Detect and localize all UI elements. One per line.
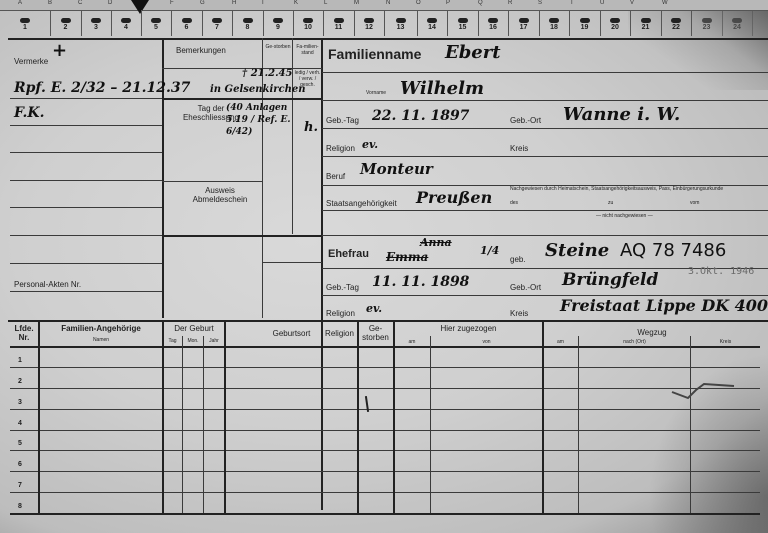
index-number-cell: 17 [508,10,540,36]
table-row-number: 8 [18,503,22,510]
geb-tag-value: 22. 11. 1897 [372,108,469,124]
zugezogen-am-header: am [394,339,430,345]
index-letter: G [200,0,205,6]
bemerkung-entry: in Gelsenkirchen [210,84,306,95]
ausweis-label: Ausweis Abmeldeschein [180,186,260,204]
staatsangehoerigkeit-value: Preußen [416,188,492,207]
geb-ort-value: Wanne i. W. [563,104,680,125]
date-stamp: 3.Okt. 1946 [688,266,754,277]
index-number-cell: 7 [202,10,233,36]
vermerke-entry: Rpf. E. 2/32 – 21.12.37 [14,80,190,96]
table-top-line [8,320,768,322]
index-letter: Q [478,0,483,6]
familienangehoerige-header: Familien-Angehörige [40,324,162,333]
index-letter: M [354,0,359,6]
zu-label: zu [608,200,613,206]
lfd-nr-header: Lfde. Nr. [10,324,38,342]
registration-card: A B C D F G H I K L M N O P Q R S T U V … [0,0,768,533]
bemerkung-entry: † 21.2.45 [242,68,292,79]
index-letter: B [48,0,52,6]
table-row-number: 6 [18,461,22,468]
geb-value: Steine [545,240,609,261]
vermerke-label: Vermerke [14,57,48,66]
index-letter: V [630,0,634,6]
geb-label: geb. [510,255,526,264]
ehefrau-value-struck: Anna [420,236,452,249]
index-letter: H [232,0,236,6]
gestorben-label: Ge-storben [264,44,292,50]
religion-label: Religion [326,144,355,153]
zugezogen-von-header: von [431,339,542,345]
punch-hole-icon [364,18,374,23]
index-number-cell: 16 [478,10,509,36]
ehefrau-geb-tag-value: 11. 11. 1898 [372,274,469,290]
index-letter: P [446,0,450,6]
index-number-cell: 21 [630,10,662,36]
index-number-cell: 19 [569,10,601,36]
index-number-cell: 22 [661,10,692,36]
table-header-line [10,346,760,348]
wegzug-kreis-header: Kreis [691,339,760,345]
table-row-number: 7 [18,482,22,489]
ehefrau-religion-label: Religion [326,309,355,318]
ehefrau-religion-value: ev. [366,302,382,315]
index-number-cell: 5 [141,10,172,36]
punch-hole-icon [610,18,620,23]
vom-label: vom [690,200,699,206]
index-number-cell: 9 [263,10,294,36]
beruf-label: Beruf [326,172,345,181]
ehefrau-geb-ort-label: Geb.-Ort [510,283,541,292]
ehefrau-kreis-value: Freistaat Lippe DK 400 [560,296,768,315]
index-letter: F [170,0,174,6]
index-number-cell: 13 [384,10,418,36]
punch-hole-icon [151,18,161,23]
vorname-label: Vorname [366,90,386,96]
index-letter: L [324,0,327,6]
punch-hole-icon [519,18,529,23]
index-number-cell: 14 [417,10,448,36]
religion-header: Religion [322,329,357,338]
punch-hole-icon [702,18,712,23]
namen-header: Namen [40,337,162,343]
ehefrau-mark: 1/4 [480,244,499,257]
punch-hole-icon [334,18,344,23]
index-number-cell: 15 [447,10,479,36]
des-label: des [510,200,518,206]
familienname-label: Familienname [328,46,421,62]
punch-hole-icon [273,18,283,23]
index-letter: U [600,0,604,6]
punch-hole-icon [61,18,71,23]
bemerkungen-label: Bemerkungen [176,46,226,55]
punch-hole-icon [641,18,651,23]
index-number-cell: 10 [293,10,324,36]
index-letter: K [294,0,298,6]
eheschliessung-entry: (40 Anlagen 5.19 / Ref. E. 6/42) [226,102,296,138]
punch-hole-icon [549,18,559,23]
vermerke-entry: F.K. [14,105,44,121]
id-number: AQ 78 7486 [620,240,726,261]
wegzug-am-header: am [543,339,578,345]
wegzug-header: Wegzug [544,328,760,337]
punch-hole-icon [396,18,406,23]
table-row-number: 5 [18,440,22,447]
index-letter: T [570,0,574,6]
ehefrau-geb-ort-value: Brüngfeld [562,270,658,290]
geb-tag-label: Geb.-Tag [326,116,359,125]
punch-hole-icon [91,18,101,23]
index-number-cell: 18 [539,10,570,36]
table-row-number: 3 [18,399,22,406]
ehefrau-label: Ehefrau [328,248,369,260]
index-letter: I [262,0,264,6]
cross-mark: + [52,40,67,61]
index-number-cell: 23 [691,10,723,36]
index-number-cell: 1 [0,10,51,36]
geb-ort-label: Geb.-Ort [510,116,541,125]
punch-hole-icon [427,18,437,23]
punch-hole-icon [243,18,253,23]
ehefrau-kreis-label: Kreis [510,309,528,318]
wegzug-nach-header: nach (Ort) [579,339,690,345]
grid-line [8,38,768,40]
tag-header: Tag [163,338,182,344]
index-number-cell: 6 [171,10,203,36]
religion-value: ev. [362,138,378,151]
index-letter: W [662,0,668,6]
table-row-number: 1 [18,357,22,364]
mon-header: Mon. [183,338,203,344]
grid-line [262,38,263,318]
personal-akten-label: Personal-Akten Nr. [14,280,81,289]
vorname-value: Wilhelm [400,78,484,99]
punch-hole-icon [671,18,681,23]
index-letter: S [538,0,542,6]
punch-hole-icon [303,18,313,23]
hier-zugezogen-header: Hier zugezogen [395,324,542,333]
ehefrau-geb-tag-label: Geb.-Tag [326,283,359,292]
index-letter: A [18,0,22,6]
index-letter: R [508,0,512,6]
ehefrau-value: Emma [386,250,428,264]
gestorben-header: Ge-storben [358,324,393,342]
nachgewiesen-text: Nachgewiesen durch Heimatschein, Staatsa… [510,186,762,192]
staatsangehoerigkeit-label: Staatsangehörigkeit [326,199,397,208]
punch-hole-icon [458,18,468,23]
familienname-value: Ebert [445,42,501,63]
index-number-cell: 2 [50,10,82,36]
index-number-cell: 4 [111,10,142,36]
nicht-nachgewiesen: — nicht nachgewiesen — [596,213,653,219]
pen-stroke [670,380,740,404]
der-geburt-header: Der Geburt [164,324,224,333]
grid-line [321,38,323,510]
punch-hole-icon [732,18,742,23]
punch-hole-icon [182,18,192,23]
index-number-cell: 24 [722,10,753,36]
index-number-cell: 3 [81,10,112,36]
index-number-cell: 12 [354,10,385,36]
index-letter: C [78,0,82,6]
punch-hole-icon [121,18,131,23]
familienstand-label: Fa-milien-stand [294,44,321,56]
table-bottom-line [10,513,760,515]
punch-hole-icon [212,18,222,23]
punch-hole-icon [20,18,30,23]
index-letter: O [416,0,421,6]
beruf-value: Monteur [360,160,433,178]
index-number-cell: 20 [600,10,631,36]
table-row-number: 2 [18,378,22,385]
jahr-header: Jahr [204,338,224,344]
index-letter: N [386,0,390,6]
index-letter: D [108,0,112,6]
index-number-cell: 8 [232,10,264,36]
familienstand-mark: h. [304,120,318,135]
punch-hole-icon [488,18,498,23]
table-row-number: 4 [18,420,22,427]
punch-hole-icon [580,18,590,23]
index-number-cell: 11 [323,10,355,36]
kreis-label: Kreis [510,144,528,153]
